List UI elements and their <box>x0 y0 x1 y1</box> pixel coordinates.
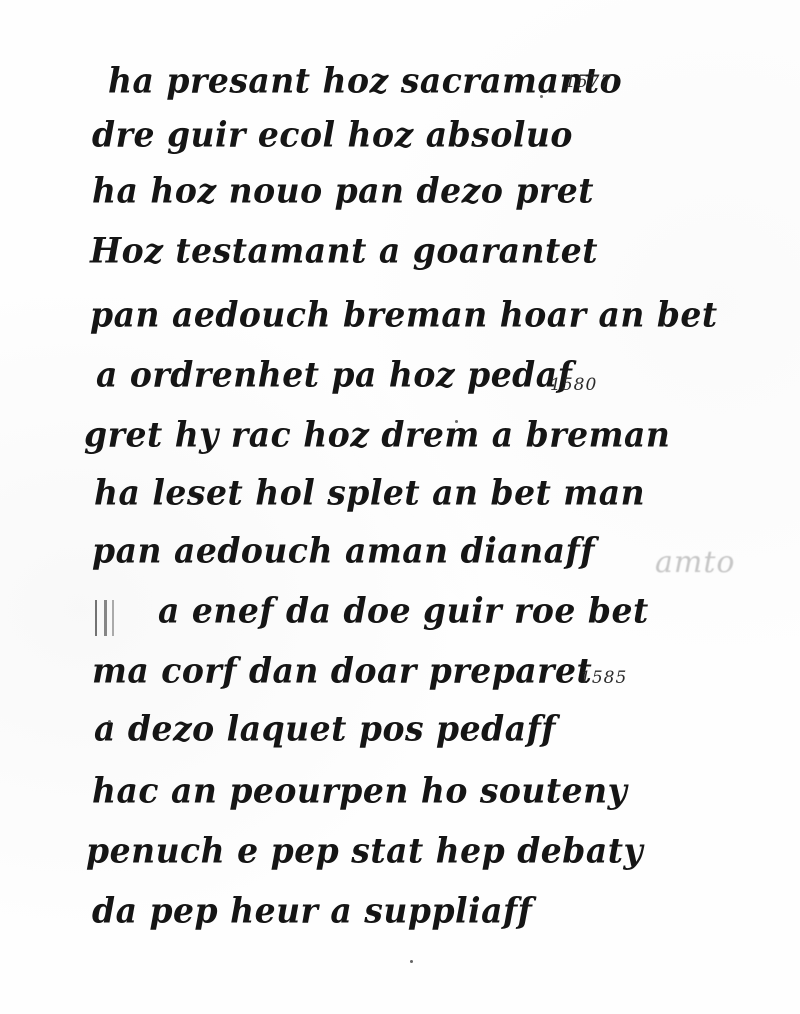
manuscript-page: ha presant hoz sacramanto 1577 dre guir … <box>0 0 800 1014</box>
manuscript-line-13: hac an peourpen ho souteny <box>92 770 627 811</box>
scan-speck <box>410 960 413 963</box>
left-margin-mark <box>92 600 122 636</box>
manuscript-line-15: da pep heur a suppliaff <box>92 890 532 931</box>
manuscript-line-1: ha presant hoz sacramanto <box>108 60 622 101</box>
manuscript-line-7: gret hy rac hoz drem a breman <box>84 414 670 455</box>
margin-date-1580: 1580 <box>550 375 597 395</box>
manuscript-line-10: a enef da doe guir roe bet <box>158 590 649 631</box>
manuscript-line-6: a ordrenhet pa hoz pedaf <box>96 354 572 395</box>
manuscript-line-14: penuch e pep stat hep debaty <box>86 830 643 871</box>
faint-margin-note: amto <box>655 545 735 580</box>
scan-speck <box>540 95 543 98</box>
manuscript-line-8: ha leset hol splet an bet man <box>94 472 645 513</box>
manuscript-line-9: pan aedouch aman dianaff <box>92 530 595 571</box>
margin-date-1577: 1577 <box>565 72 612 92</box>
scan-speck <box>455 420 458 423</box>
scan-speck <box>108 720 111 723</box>
manuscript-line-11: ma corf dan doar preparet <box>92 650 592 691</box>
manuscript-line-5: pan aedouch breman hoar an bet <box>90 294 718 335</box>
manuscript-line-3: ha hoz nouo pan dezo pret <box>92 170 594 211</box>
manuscript-line-4: Hoz testamant a goarantet <box>90 230 598 271</box>
margin-date-1585: 1585 <box>580 668 627 688</box>
manuscript-line-2: dre guir ecol hoz absoluo <box>92 114 573 155</box>
manuscript-line-12: a dezo laquet pos pedaff <box>94 708 556 749</box>
